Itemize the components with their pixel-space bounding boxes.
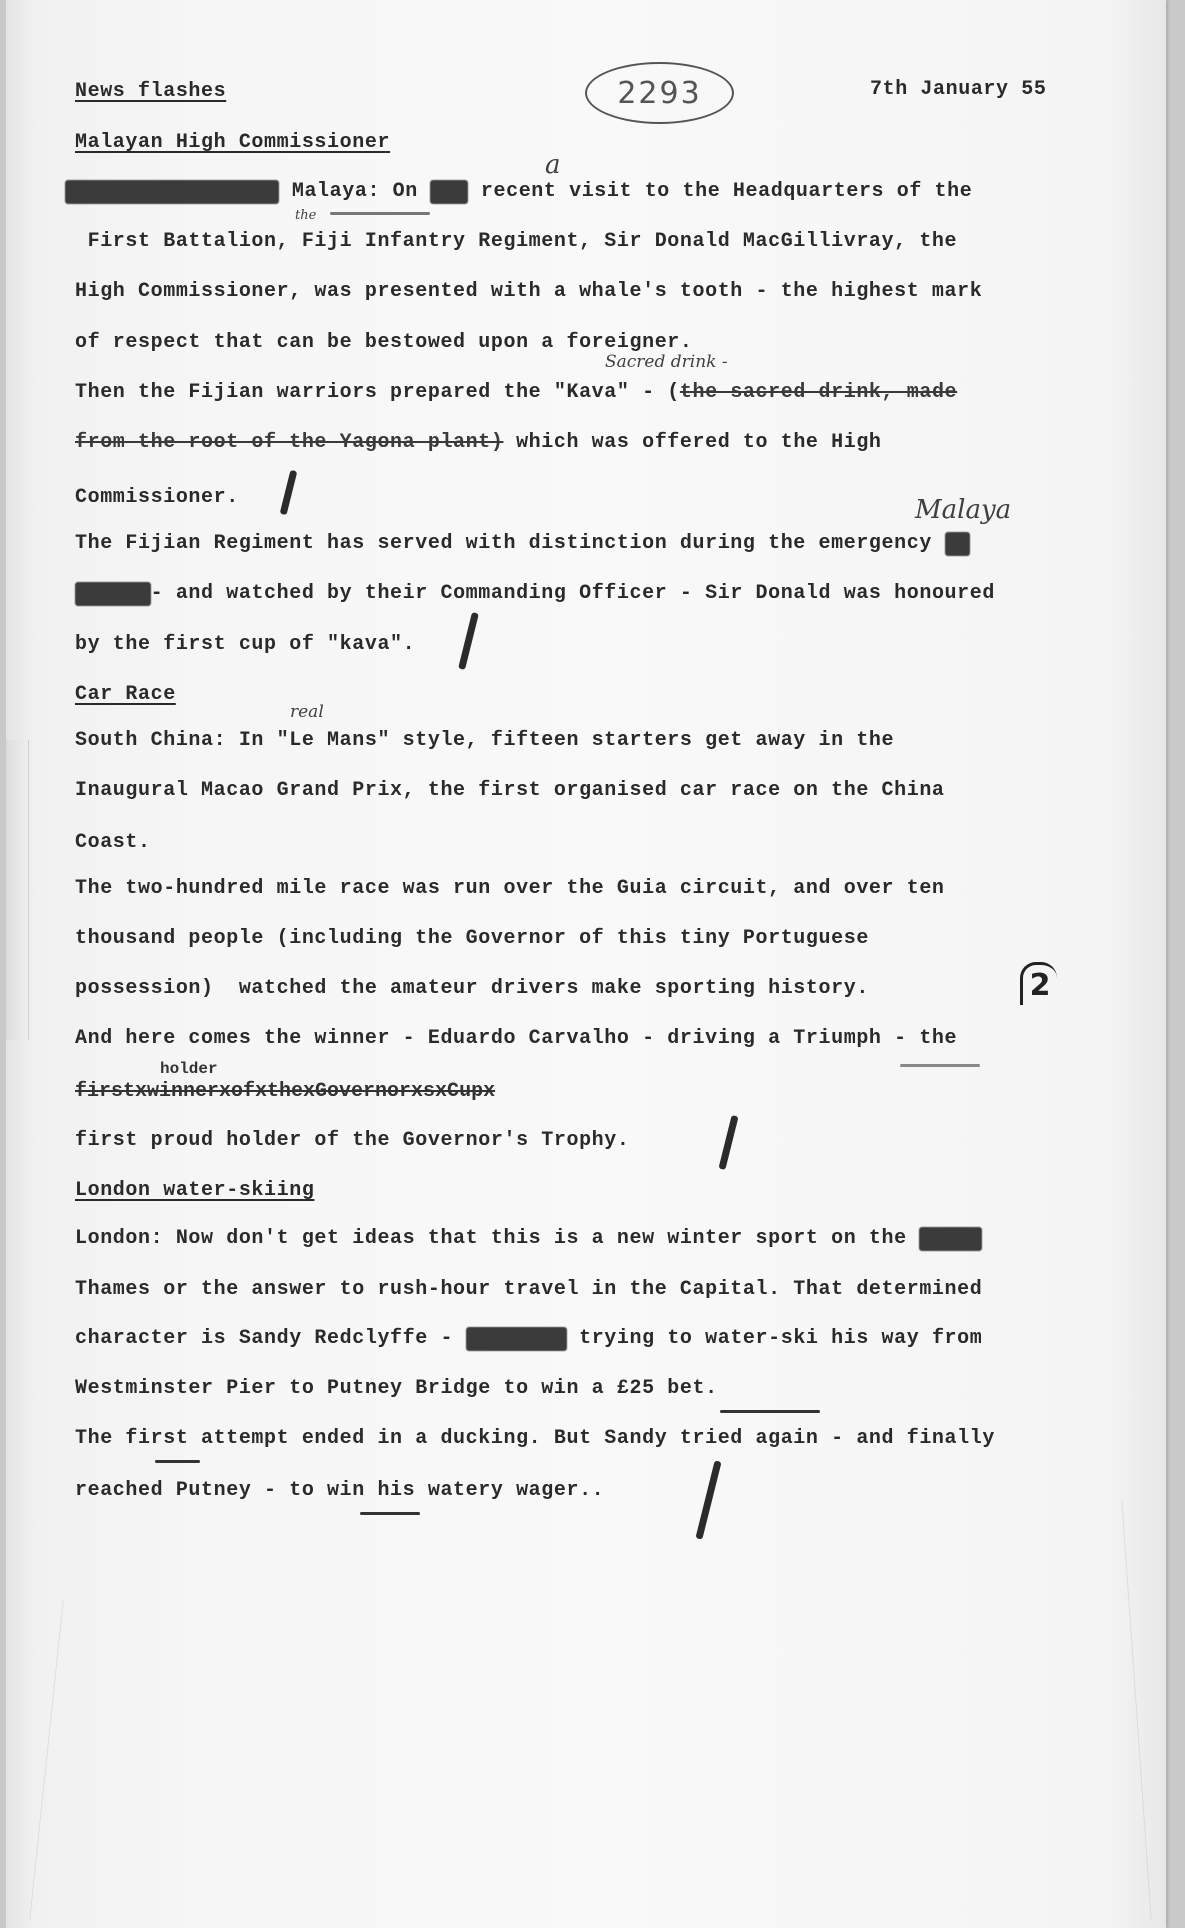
paragraph-line: reached Putney - to win his watery wager… <box>75 1479 604 1503</box>
paragraph-line: first proud holder of the Governor's Tro… <box>75 1129 630 1153</box>
handwritten-insert-malaya: Malaya <box>915 495 1011 525</box>
paragraph-line: Malaya- and watched by their Commanding … <box>75 582 995 606</box>
handwritten-insert-real: real <box>290 702 324 722</box>
line-text: - and watched by their Commanding Office… <box>151 582 995 605</box>
section-heading-malayan-high-commissioner: Malayan High Commissioner <box>75 131 390 155</box>
paragraph-line: of respect that can be bestowed upon a f… <box>75 331 693 355</box>
struck-text: from the root of the Yagona plant) <box>75 431 503 454</box>
paragraph-line: thousand people (including the Governor … <box>75 927 869 951</box>
reference-number-circle: 2293 <box>585 62 734 124</box>
paragraph-line: Westminster Pier to Putney Bridge to win… <box>75 1377 718 1401</box>
line-text: London: Now don't get ideas that this is… <box>75 1227 919 1250</box>
handwritten-insert-the: the <box>295 208 316 223</box>
paragraph-line: character is Sandy Redclyffe - there is … <box>75 1327 982 1351</box>
paragraph-line: Coast. <box>75 831 151 855</box>
overtyped-word: holder <box>160 1057 218 1081</box>
paragraph-line: from the root of the Yagona plant) which… <box>75 431 882 455</box>
paragraph-line: Inaugural Macao Grand Prix, the first or… <box>75 779 945 803</box>
redacted-word: River <box>919 1227 982 1251</box>
paragraph-line: And here comes the winner - Eduardo Carv… <box>75 1027 957 1051</box>
paragraph-line: First Battalion, Fiji Infantry Regiment,… <box>75 230 957 254</box>
paragraph-line: by the first cup of "kava". <box>75 633 415 657</box>
redacted-word: his <box>430 180 468 204</box>
paragraph-line: Thames or the answer to rush-hour travel… <box>75 1278 982 1302</box>
redacted-word: there is <box>466 1327 567 1351</box>
paragraph-line: The first attempt ended in a ducking. Bu… <box>75 1427 995 1451</box>
handwritten-underline <box>900 1064 980 1067</box>
handwritten-insert-a: a <box>545 150 561 180</box>
paragraph-line: The Federation of Malaya: On his recent … <box>65 180 972 204</box>
struck-text: the sacred drink, made <box>680 381 957 404</box>
handwritten-underline <box>155 1460 200 1463</box>
handwritten-mark-2: 2 <box>1020 962 1057 1005</box>
paragraph-line: London: Now don't get ideas that this is… <box>75 1227 982 1251</box>
document-date: 7th January 55 <box>870 78 1046 101</box>
handwritten-underline <box>360 1512 420 1515</box>
paper-crease <box>29 1601 63 1919</box>
document-title: News flashes <box>75 80 226 104</box>
line-text: Malaya: On <box>279 180 430 203</box>
paragraph-line: South China: In "Le Mans" style, fifteen… <box>75 729 894 753</box>
paragraph-line: Commissioner. <box>75 486 239 510</box>
section-heading-car-race: Car Race <box>75 683 176 707</box>
paragraph-line: Then the Fijian warriors prepared the "K… <box>75 381 957 405</box>
line-text: which was offered to the High <box>503 431 881 454</box>
line-text: trying to water-ski his way from <box>567 1327 983 1350</box>
redacted-word: in <box>945 532 970 556</box>
redacted-text: The Federation of <box>65 180 279 204</box>
line-text: character is Sandy Redclyffe - <box>75 1327 466 1350</box>
handwritten-underline <box>330 212 430 215</box>
section-heading-london-water-skiing: London water-skiing <box>75 1179 314 1203</box>
x-out-struck-line: firstxwinnerxofxthexGovernorxsxCupx <box>75 1080 495 1104</box>
paper-crease <box>1121 1500 1151 1919</box>
paragraph-line: possession) watched the amateur drivers … <box>75 977 869 1001</box>
paragraph-line: The two-hundred mile race was run over t… <box>75 877 945 901</box>
paragraph-line: High Commissioner, was presented with a … <box>75 280 982 304</box>
handwritten-underline <box>720 1410 820 1413</box>
line-text: Then the Fijian warriors prepared the "K… <box>75 381 680 404</box>
paragraph-line: The Fijian Regiment has served with dist… <box>75 532 970 556</box>
line-text: The Fijian Regiment has served with dist… <box>75 532 945 555</box>
handwritten-insert-sacred-drink: Sacred drink - <box>605 352 728 372</box>
redacted-word: Malaya <box>75 582 151 606</box>
reference-number: 2293 <box>617 76 701 111</box>
line-text: recent visit to the Headquarters of the <box>468 180 972 203</box>
